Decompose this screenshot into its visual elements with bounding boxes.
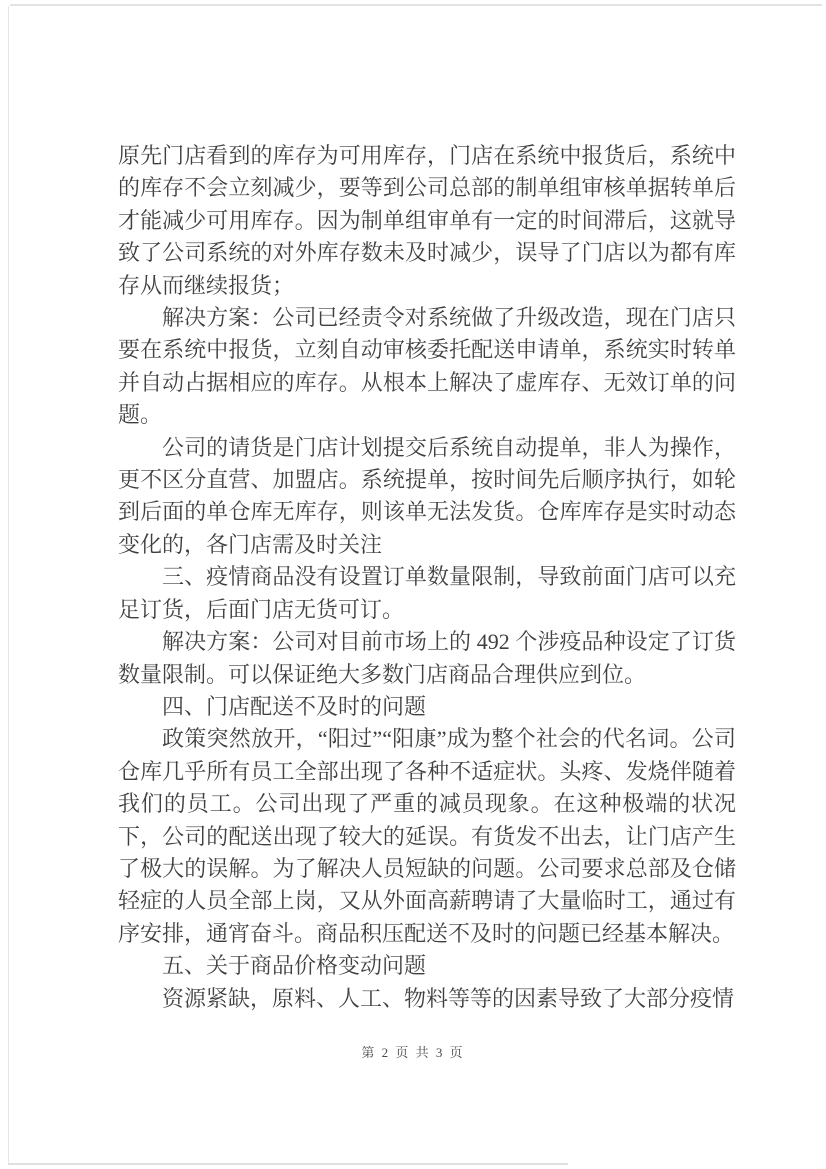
paragraph: 五、关于商品价格变动问题 [118, 950, 736, 982]
paragraph: 公司的请货是门店计划提交后系统自动提单，非人为操作，更不区分直营、加盟店。系统提… [118, 432, 736, 562]
paragraph: 四、门店配送不及时的问题 [118, 691, 736, 723]
paragraph: 解决方案：公司对目前市场上的 492 个涉疫品种设定了订货数量限制。可以保证绝大… [118, 626, 736, 691]
scan-edge-bottom [8, 1163, 568, 1165]
document-body: 原先门店看到的库存为可用库存，门店在系统中报货后，系统中的库存不会立刻减少，要等… [118, 140, 736, 1015]
document-page: 原先门店看到的库存为可用库存，门店在系统中报货后，系统中的库存不会立刻减少，要等… [0, 0, 826, 1169]
paragraph: 原先门店看到的库存为可用库存，门店在系统中报货后，系统中的库存不会立刻减少，要等… [118, 140, 736, 302]
scan-edge-left [8, 6, 9, 1164]
scan-edge-top [10, 4, 822, 6]
paragraph: 解决方案：公司已经责令对系统做了升级改造，现在门店只要在系统中报货，立刻自动审核… [118, 302, 736, 432]
page-number-footer: 第 2 页 共 3 页 [0, 1044, 826, 1062]
paragraph: 三、疫情商品没有设置订单数量限制，导致前面门店可以充足订货，后面门店无货可订。 [118, 561, 736, 626]
paragraph: 资源紧缺，原料、人工、物料等等的因素导致了大部分疫情 [118, 983, 736, 1015]
paragraph: 政策突然放开，“阳过”“阳康”成为整个社会的代名词。公司仓库几乎所有员工全部出现… [118, 723, 736, 950]
